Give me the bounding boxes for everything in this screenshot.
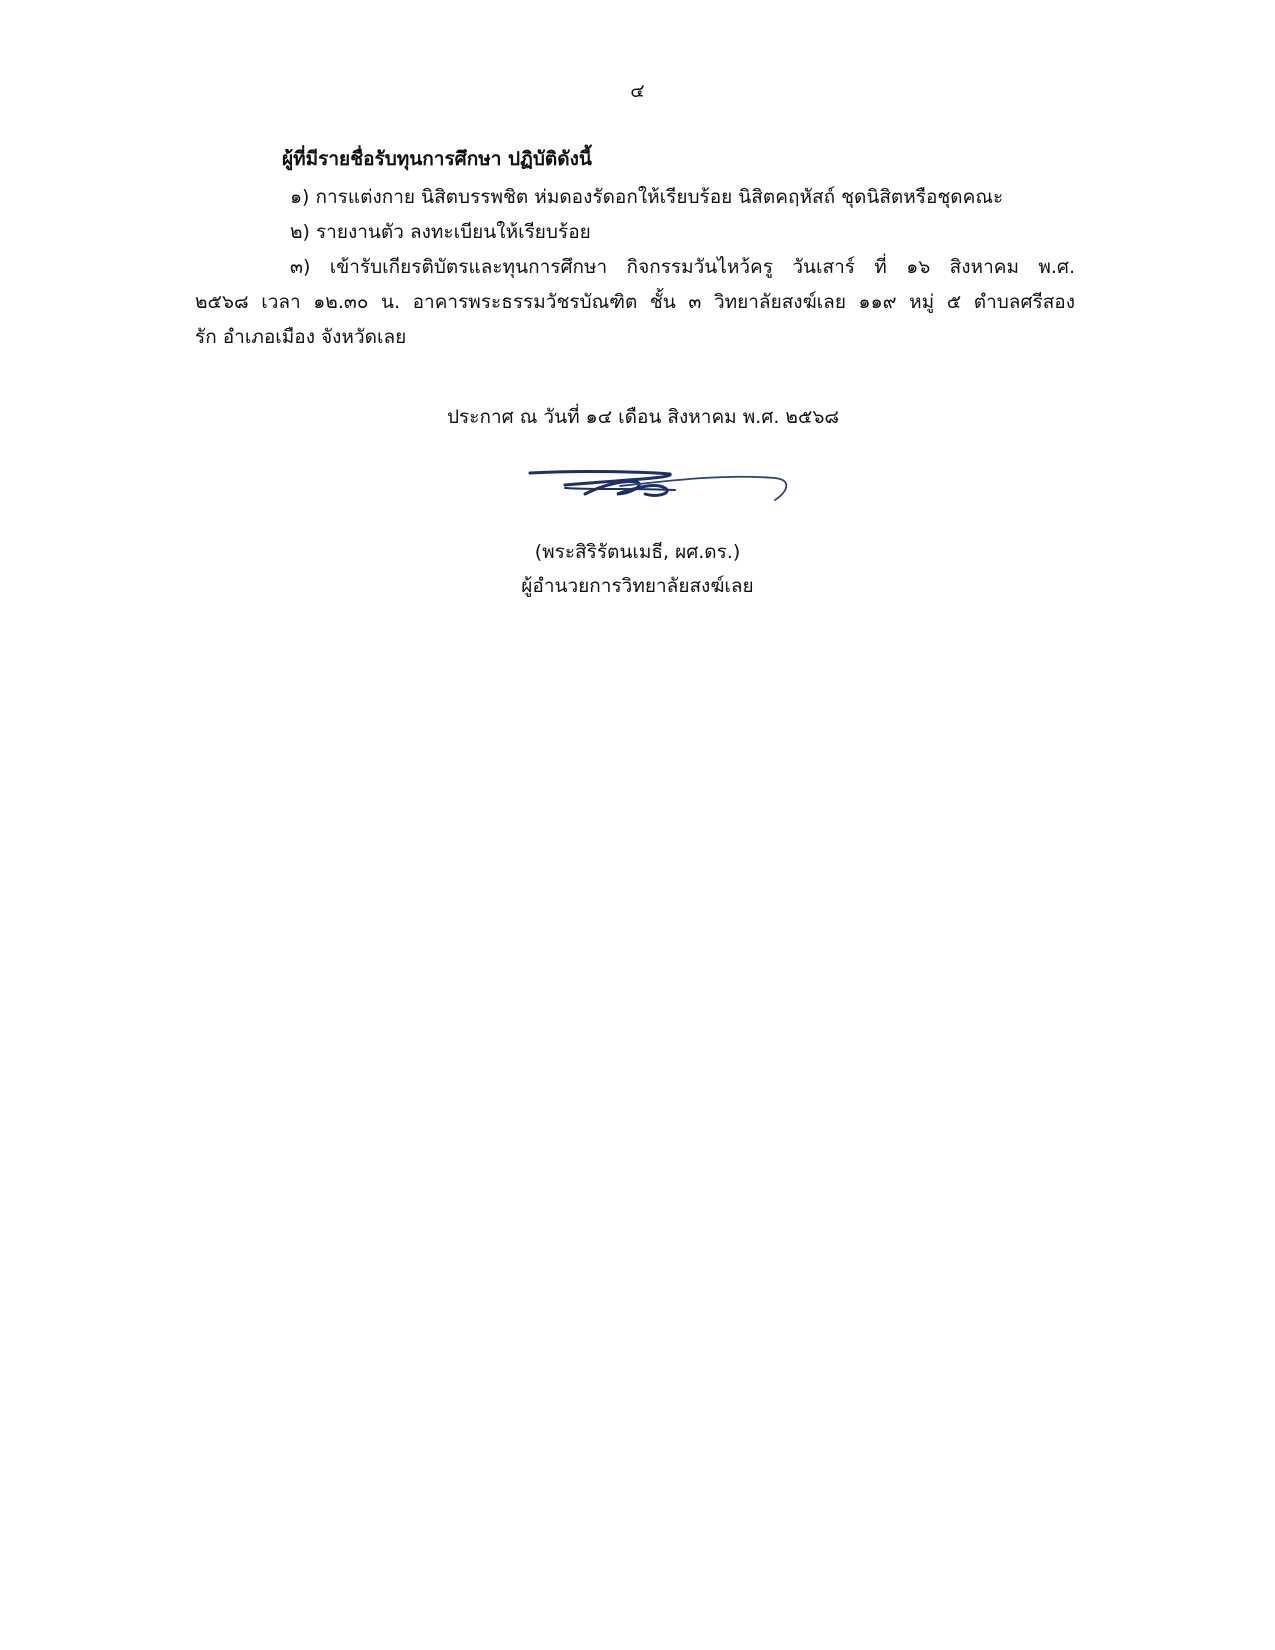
instruction-item-3: ๓) เข้ารับเกียรติบัตรและทุนการศึกษา กิจก… [290, 252, 1075, 282]
instruction-item-3-continued-2: รัก อำเภอเมือง จังหวัดเลย [195, 322, 406, 352]
instruction-item-2: ๒) รายงานตัว ลงทะเบียนให้เรียบร้อย [290, 217, 591, 247]
page-number: ๔ [0, 76, 1275, 106]
signer-name: (พระสิริรัตนเมธี, ผศ.ดร.) [0, 537, 1275, 567]
signature-image [525, 468, 800, 508]
announcement-date: ประกาศ ณ วันที่ ๑๔ เดือน สิงหาคม พ.ศ. ๒๕… [447, 402, 839, 432]
instruction-item-3-continued: ๒๕๖๘ เวลา ๑๒.๓๐ น. อาคารพระธรรมวัชรบัณฑิ… [195, 287, 1075, 317]
instruction-item-1: ๑) การแต่งกาย นิสิตบรรพชิต ห่มดองรัดอกให… [290, 182, 1003, 212]
section-heading: ผู้ที่มีรายชื่อรับทุนการศึกษา ปฏิบัติดัง… [282, 144, 592, 174]
signer-title: ผู้อำนวยการวิทยาลัยสงฆ์เลย [0, 571, 1275, 601]
